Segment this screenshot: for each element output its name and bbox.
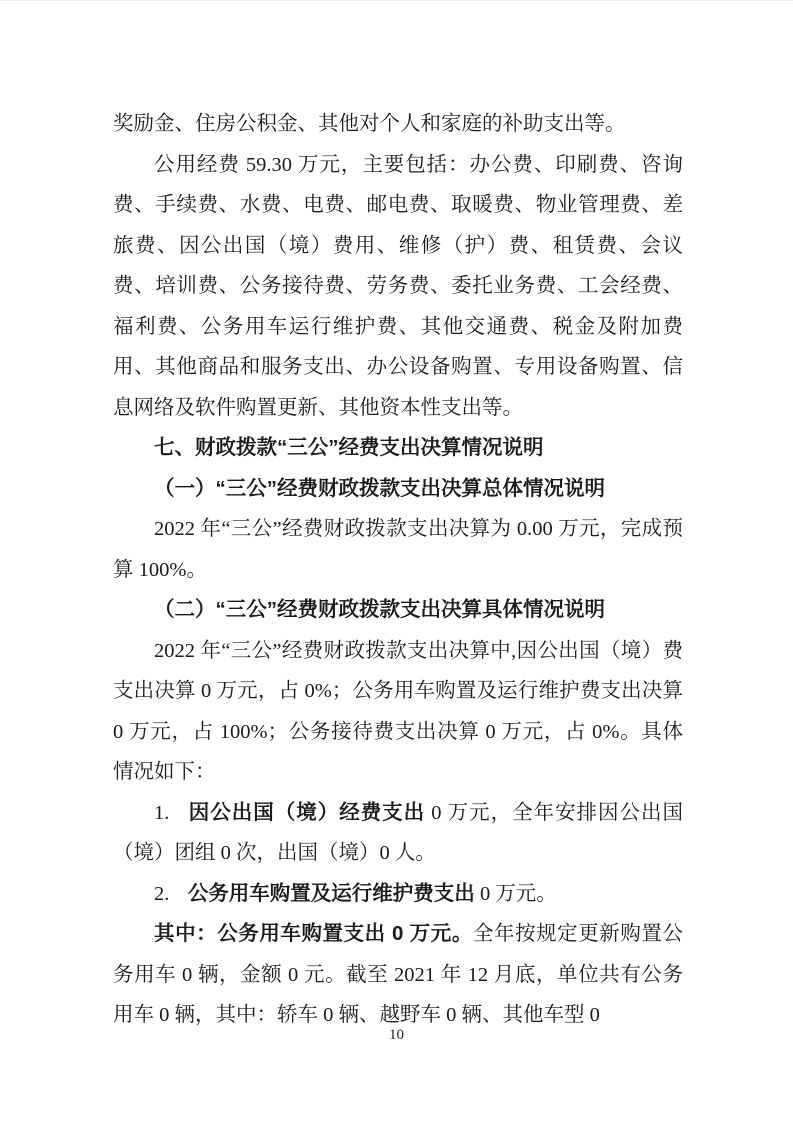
paragraph-text: （二）“三公”经费财政拨款支出决算具体情况说明 <box>154 598 605 621</box>
paragraph-text: 2022 年“三公”经费财政拨款支出决算为 0.00 万元，完成预算 100%。 <box>113 518 683 581</box>
paragraph-text: （一）“三公”经费财政拨款支出决算总体情况说明 <box>154 477 605 500</box>
body-paragraph-overall: 2022 年“三公”经费财政拨款支出决算为 0.00 万元，完成预算 100%。 <box>113 509 683 590</box>
subsection-heading-two: （二）“三公”经费财政拨款支出决算具体情况说明 <box>113 590 683 631</box>
list-marker: 1. <box>154 802 169 824</box>
emphasis-text: 公务用车购置及运行维护费支出 <box>188 882 475 905</box>
body-paragraph-subsidy-tail: 奖励金、住房公积金、其他对个人和家庭的补助支出等。 <box>113 104 683 145</box>
paragraph-text: 公用经费 59.30 万元，主要包括：办公费、印刷费、咨询费、手续费、水费、电费… <box>113 154 683 419</box>
list-marker: 2. <box>154 883 169 905</box>
section-heading-seven: 七、财政拨款“三公”经费支出决算情况说明 <box>113 428 683 469</box>
body-paragraph-public-funds: 公用经费 59.30 万元，主要包括：办公费、印刷费、咨询费、手续费、水费、电费… <box>113 145 683 429</box>
emphasis-text: 因公出国（境）经费支出 <box>188 801 425 824</box>
emphasis-text: 其中：公务用车购置支出 0 万元。 <box>154 922 473 945</box>
paragraph-text: 0 万元。 <box>475 883 557 905</box>
body-paragraph-vehicle-purchase: 其中：公务用车购置支出 0 万元。全年按规定更新购置公务用车 0 辆，金额 0 … <box>113 914 683 1036</box>
list-item-abroad-expense: 1.因公出国（境）经费支出 0 万元，全年安排因公出国（境）团组 0 次，出国（… <box>113 793 683 874</box>
document-body: 奖励金、住房公积金、其他对个人和家庭的补助支出等。公用经费 59.30 万元，主… <box>113 104 683 1036</box>
paragraph-text: 奖励金、住房公积金、其他对个人和家庭的补助支出等。 <box>113 113 626 135</box>
paragraph-text: 七、财政拨款“三公”经费支出决算情况说明 <box>154 436 544 459</box>
paragraph-text: 2022 年“三公”经费财政拨款支出决算中,因公出国（境）费支出决算 0 万元，… <box>113 640 683 784</box>
page-number: 10 <box>0 1027 793 1044</box>
list-item-vehicle-expense: 2.公务用车购置及运行维护费支出 0 万元。 <box>113 874 683 915</box>
document-page: 奖励金、住房公积金、其他对个人和家庭的补助支出等。公用经费 59.30 万元，主… <box>0 0 793 1122</box>
subsection-heading-one: （一）“三公”经费财政拨款支出决算总体情况说明 <box>113 469 683 510</box>
body-paragraph-detail-intro: 2022 年“三公”经费财政拨款支出决算中,因公出国（境）费支出决算 0 万元，… <box>113 631 683 793</box>
